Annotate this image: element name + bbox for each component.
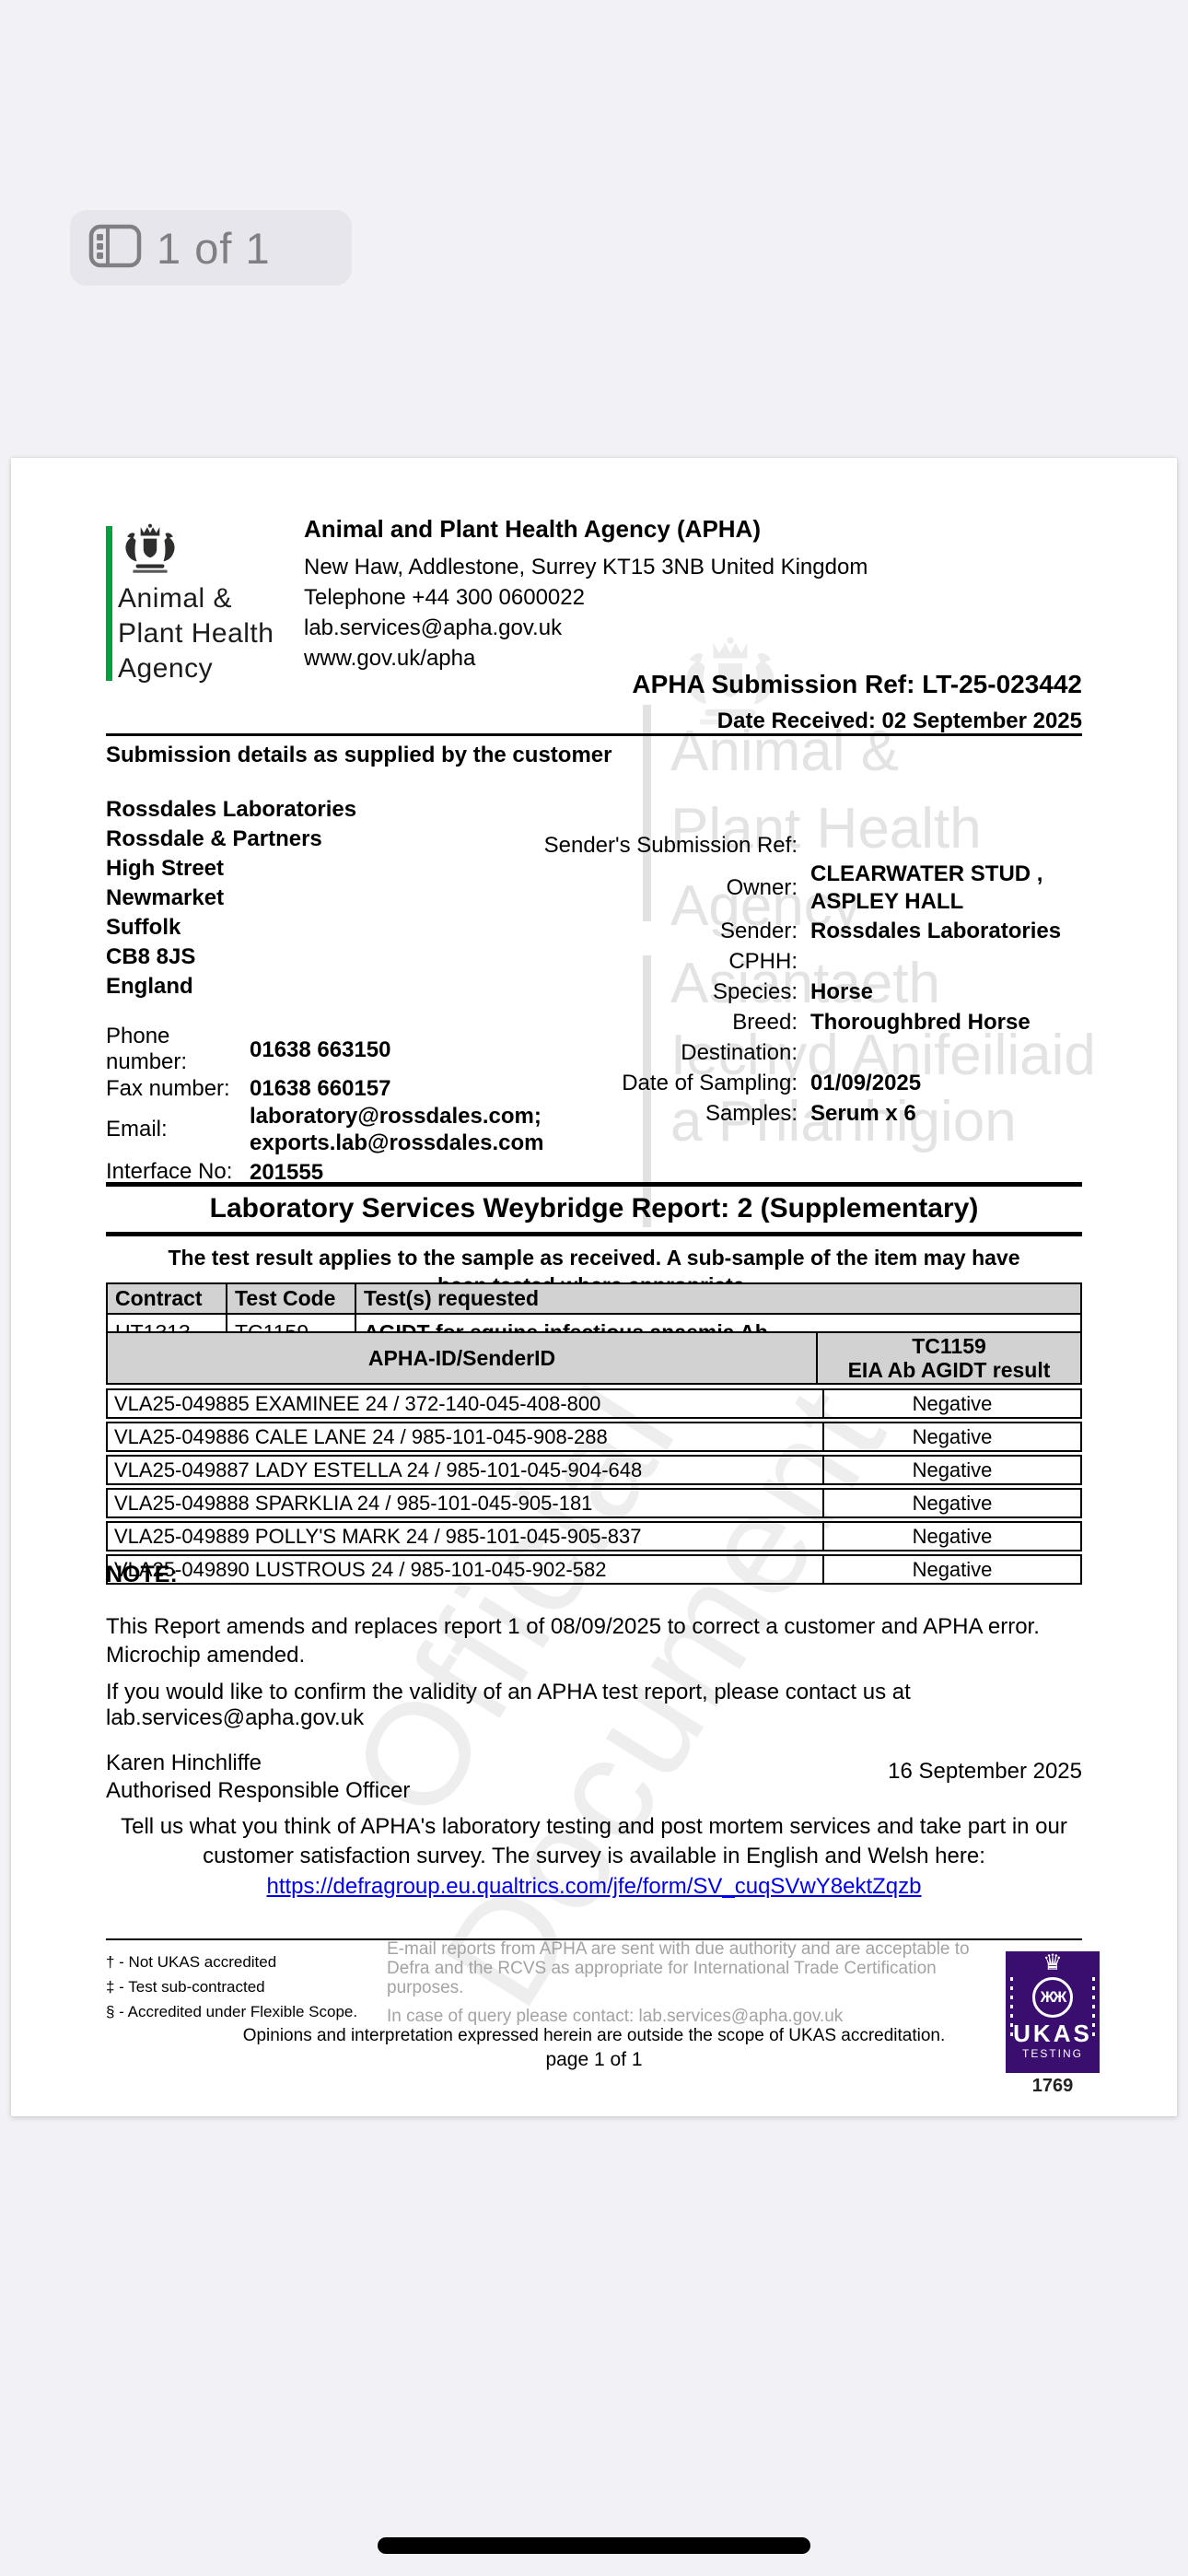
- address-line: England: [106, 972, 356, 1001]
- page-indicator-pill[interactable]: 1 of 1: [70, 210, 352, 286]
- detail-row: CPHH:: [387, 946, 1087, 977]
- agency-email: lab.services@apha.gov.uk: [304, 613, 912, 643]
- ukas-number: 1769: [1005, 2076, 1101, 2097]
- result-value: Negative: [822, 1523, 1080, 1550]
- apha-logo-green-bar: [106, 526, 112, 681]
- detail-row: Sender:Rossdales Laboratories: [387, 916, 1087, 946]
- survey-link[interactable]: https://defragroup.eu.qualtrics.com/jfe/…: [266, 1872, 921, 1902]
- results-row: VLA25-049887 LADY ESTELLA 24 / 985-101-0…: [106, 1455, 1082, 1485]
- detail-row: Owner:CLEARWATER STUD , ASPLEY HALL: [387, 861, 1087, 916]
- ukas-accreditation-mark: ♛ ЖЖ UKAS TESTING 1769: [1005, 1951, 1101, 2097]
- footnote: § - Accredited under Flexible Scope.: [106, 2002, 357, 2021]
- footnote: † - Not UKAS accredited: [106, 1952, 357, 1972]
- title-rule-bottom: [106, 1232, 1082, 1236]
- results-table: APHA-ID/SenderID TC1159 EIA Ab AGIDT res…: [106, 1331, 1082, 1585]
- footnote-legend: † - Not UKAS accredited ‡ - Test sub-con…: [106, 1952, 357, 2027]
- submission-ref-block: APHA Submission Ref: LT-25-023442 Date R…: [106, 670, 1082, 734]
- contact-row: Fax number:01638 660157: [106, 1075, 677, 1102]
- apha-crest-icon: [120, 522, 181, 580]
- address-line: Suffolk: [106, 913, 356, 943]
- address-line: CB8 8JS: [106, 943, 356, 972]
- note-paragraph: If you would like to confirm the validit…: [106, 1680, 1091, 1731]
- ukas-scope-note: Opinions and interpretation expressed he…: [106, 2026, 1082, 2046]
- ukas-figures-icon: ЖЖ: [1032, 1977, 1073, 2018]
- address-line: Rossdale & Partners: [106, 825, 356, 854]
- page-indicator-label: 1 of 1: [157, 223, 271, 274]
- apha-submission-ref: APHA Submission Ref: LT-25-023442: [106, 670, 1082, 699]
- email-authority-note: E-mail reports from APHA are sent with d…: [387, 1939, 1002, 1997]
- query-contact-note: In case of query please contact: lab.ser…: [387, 2007, 1002, 2026]
- ukas-name: UKAS: [1006, 2020, 1100, 2048]
- customer-contact-grid: Phone number:01638 663150 Fax number:016…: [106, 1024, 677, 1187]
- submission-section-title: Submission details as supplied by the cu…: [106, 743, 611, 768]
- results-result-header: TC1159 EIA Ab AGIDT result: [816, 1333, 1080, 1383]
- footer-authority-note: E-mail reports from APHA are sent with d…: [387, 1939, 1002, 2026]
- customer-address-block: Rossdales Laboratories Rossdale & Partne…: [106, 795, 356, 1001]
- report-title: Laboratory Services Weybridge Report: 2 …: [106, 1187, 1082, 1232]
- result-value: Negative: [822, 1556, 1080, 1583]
- contact-row: Phone number:01638 663150: [106, 1024, 677, 1075]
- footnote: ‡ - Test sub-contracted: [106, 1977, 357, 1996]
- survey-block: Tell us what you think of APHA's laborat…: [111, 1812, 1077, 1902]
- results-row: VLA25-049885 EXAMINEE 24 / 372-140-045-4…: [106, 1388, 1082, 1419]
- thumbnail-sidebar-icon: [88, 224, 142, 273]
- report-title-block: Laboratory Services Weybridge Report: 2 …: [106, 1182, 1082, 1299]
- report-date: 16 September 2025: [106, 1759, 1082, 1785]
- note-paragraph: This Report amends and replaces report 1…: [106, 1612, 1082, 1669]
- detail-row: Species:Horse: [387, 977, 1087, 1007]
- result-value: Negative: [822, 1490, 1080, 1516]
- home-indicator[interactable]: [378, 2537, 810, 2554]
- results-table-header: APHA-ID/SenderID TC1159 EIA Ab AGIDT res…: [106, 1331, 1082, 1385]
- results-row: VLA25-049886 CALE LANE 24 / 985-101-045-…: [106, 1422, 1082, 1452]
- results-row: VLA25-049890 LUSTROUS 24 / 985-101-045-9…: [106, 1554, 1082, 1585]
- page-number: page 1 of 1: [106, 2049, 1082, 2071]
- result-value: Negative: [822, 1390, 1080, 1417]
- note-label: NOTE:: [106, 1562, 178, 1588]
- survey-text: Tell us what you think of APHA's laborat…: [121, 1814, 1067, 1868]
- agency-address: New Haw, Addlestone, Surrey KT15 3NB Uni…: [304, 552, 912, 582]
- results-row: VLA25-049888 SPARKLIA 24 / 985-101-045-9…: [106, 1488, 1082, 1518]
- agency-telephone: Telephone +44 300 0600022: [304, 582, 912, 613]
- contact-row: Email:laboratory@rossdales.com; exports.…: [106, 1102, 677, 1157]
- agency-title: Animal and Plant Health Agency (APHA): [304, 515, 912, 544]
- ukas-crown-icon: ♛: [1006, 1951, 1100, 1975]
- result-value: Negative: [822, 1423, 1080, 1450]
- ukas-logo: ♛ ЖЖ UKAS TESTING: [1006, 1951, 1100, 2073]
- agency-header-block: Animal and Plant Health Agency (APHA) Ne…: [304, 515, 912, 673]
- contract-table-header: Contract Test Code Test(s) requested: [106, 1282, 1082, 1315]
- date-received: Date Received: 02 September 2025: [106, 708, 1082, 734]
- address-line: Newmarket: [106, 884, 356, 913]
- results-row: VLA25-049889 POLLY'S MARK 24 / 985-101-0…: [106, 1521, 1082, 1551]
- ukas-type: TESTING: [1006, 2047, 1100, 2060]
- results-id-header: APHA-ID/SenderID: [108, 1333, 816, 1383]
- document-page: Animal & Plant Health Agency Asiantaeth …: [11, 458, 1177, 2116]
- result-value: Negative: [822, 1457, 1080, 1483]
- header-divider: [106, 733, 1082, 736]
- detail-row: Sender's Submission Ref:: [387, 830, 1087, 861]
- address-line: High Street: [106, 854, 356, 884]
- address-line: Rossdales Laboratories: [106, 795, 356, 825]
